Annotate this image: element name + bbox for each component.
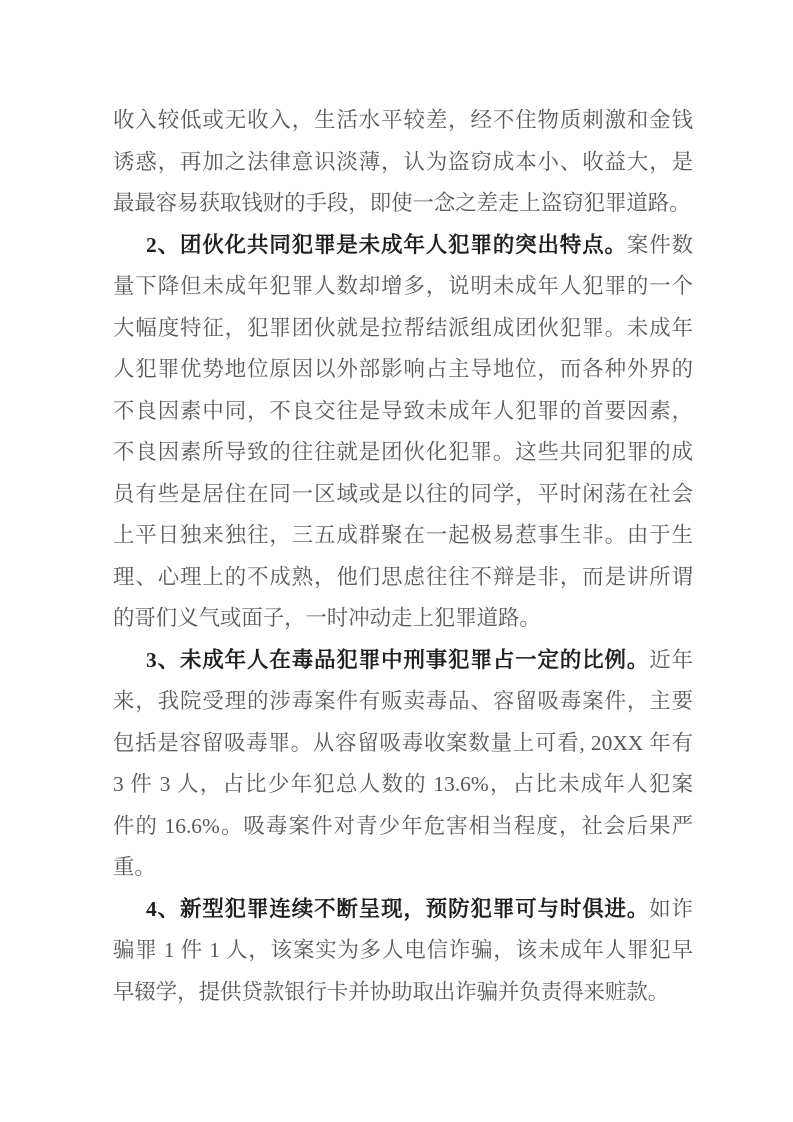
body-text: 上平日独来独往，三五成群聚在一起极易惹事生非。由于生 (113, 523, 693, 547)
text-line: 3 件 3 人，占比少年犯总人数的 13.6%，占比未成年人犯案 (113, 764, 693, 806)
text-line: 上平日独来独往，三五成群聚在一起极易惹事生非。由于生 (113, 515, 693, 557)
body-text: 不良因素中同，不良交往是导致未成年人犯罪的首要因素， (113, 399, 693, 423)
document-body: 收入较低或无收入，生活水平较差，经不住物质刺激和金钱诱惑，再加之法律意识淡薄，认… (113, 100, 693, 1013)
body-text: 最最容易获取钱财的手段，即使一念之差走上盗窃犯罪道路。 (113, 191, 691, 215)
body-text: 包括是容留吸毒罪。从容留吸毒收案数量上可看, 20XX 年有 (113, 731, 693, 755)
body-text: 不良因素所导致的往往就是团伙化犯罪。这些共同犯罪的成 (113, 440, 693, 464)
body-text: 近年 (649, 648, 693, 672)
text-line: 4、新型犯罪连续不断呈现，预防犯罪可与时俱进。如诈 (113, 889, 693, 931)
paragraph: 3、未成年人在毒品犯罪中刑事犯罪占一定的比例。近年来，我院受理的涉毒案件有贩卖毒… (113, 640, 693, 889)
text-line: 量下降但未成年犯罪人数却增多，说明未成年人犯罪的一个 (113, 266, 693, 308)
text-line: 员有些是居住在同一区域或是以往的同学，平时闲荡在社会 (113, 474, 693, 516)
body-text: 如诈 (649, 897, 693, 921)
text-line: 大幅度特征，犯罪团伙就是拉帮结派组成团伙犯罪。未成年 (113, 308, 693, 350)
document-page: 收入较低或无收入，生活水平较差，经不住物质刺激和金钱诱惑，再加之法律意识淡薄，认… (0, 0, 793, 1122)
body-text: 早辍学，提供贷款银行卡并协助取出诈骗并负责得来赃款。 (113, 980, 669, 1004)
paragraph: 2、团伙化共同犯罪是未成年人犯罪的突出特点。案件数量下降但未成年犯罪人数却增多，… (113, 225, 693, 640)
text-line: 件的 16.6%。吸毒案件对青少年危害相当程度，社会后果严 (113, 806, 693, 848)
paragraph: 收入较低或无收入，生活水平较差，经不住物质刺激和金钱诱惑，再加之法律意识淡薄，认… (113, 100, 693, 225)
text-line: 包括是容留吸毒罪。从容留吸毒收案数量上可看, 20XX 年有 (113, 723, 693, 765)
body-text: 员有些是居住在同一区域或是以往的同学，平时闲荡在社会 (113, 482, 693, 506)
body-text: 重。 (113, 855, 156, 879)
body-text: 人犯罪优势地位原因以外部影响占主导地位，而各种外界的 (113, 357, 693, 381)
text-line: 最最容易获取钱财的手段，即使一念之差走上盗窃犯罪道路。 (113, 183, 693, 225)
text-line: 来，我院受理的涉毒案件有贩卖毒品、容留吸毒案件，主要 (113, 681, 693, 723)
text-line: 不良因素中同，不良交往是导致未成年人犯罪的首要因素， (113, 391, 693, 433)
body-text: 量下降但未成年犯罪人数却增多，说明未成年人犯罪的一个 (113, 274, 693, 298)
heading-text: 3、未成年人在毒品犯罪中刑事犯罪占一定的比例。 (146, 648, 649, 672)
body-text: 来，我院受理的涉毒案件有贩卖毒品、容留吸毒案件，主要 (113, 689, 693, 713)
text-line: 收入较低或无收入，生活水平较差，经不住物质刺激和金钱 (113, 100, 693, 142)
body-text: 诱惑，再加之法律意识淡薄，认为盗窃成本小、收益大，是 (113, 150, 693, 174)
heading-text: 4、新型犯罪连续不断呈现，预防犯罪可与时俱进。 (146, 897, 649, 921)
body-text: 件的 16.6%。吸毒案件对青少年危害相当程度，社会后果严 (113, 814, 693, 838)
text-line: 2、团伙化共同犯罪是未成年人犯罪的突出特点。案件数 (113, 225, 693, 267)
body-text: 3 件 3 人，占比少年犯总人数的 13.6%，占比未成年人犯案 (113, 772, 693, 796)
body-text: 案件数 (627, 233, 693, 257)
text-line: 人犯罪优势地位原因以外部影响占主导地位，而各种外界的 (113, 349, 693, 391)
body-text: 大幅度特征，犯罪团伙就是拉帮结派组成团伙犯罪。未成年 (113, 316, 693, 340)
body-text: 骗罪 1 件 1 人，该案实为多人电信诈骗，该未成年人罪犯早 (113, 938, 693, 962)
body-text: 收入较低或无收入，生活水平较差，经不住物质刺激和金钱 (113, 108, 693, 132)
text-line: 骗罪 1 件 1 人，该案实为多人电信诈骗，该未成年人罪犯早 (113, 930, 693, 972)
text-line: 的哥们义气或面子，一时冲动走上犯罪道路。 (113, 598, 693, 640)
text-line: 诱惑，再加之法律意识淡薄，认为盗窃成本小、收益大，是 (113, 142, 693, 184)
body-text: 的哥们义气或面子，一时冲动走上犯罪道路。 (113, 606, 541, 630)
heading-text: 2、团伙化共同犯罪是未成年人犯罪的突出特点。 (146, 233, 627, 257)
text-line: 不良因素所导致的往往就是团伙化犯罪。这些共同犯罪的成 (113, 432, 693, 474)
text-line: 早辍学，提供贷款银行卡并协助取出诈骗并负责得来赃款。 (113, 972, 693, 1014)
text-line: 重。 (113, 847, 693, 889)
body-text: 理、心理上的不成熟，他们思虑往往不辩是非，而是讲所谓 (113, 565, 693, 589)
text-line: 理、心理上的不成熟，他们思虑往往不辩是非，而是讲所谓 (113, 557, 693, 599)
paragraph: 4、新型犯罪连续不断呈现，预防犯罪可与时俱进。如诈骗罪 1 件 1 人，该案实为… (113, 889, 693, 1014)
text-line: 3、未成年人在毒品犯罪中刑事犯罪占一定的比例。近年 (113, 640, 693, 682)
